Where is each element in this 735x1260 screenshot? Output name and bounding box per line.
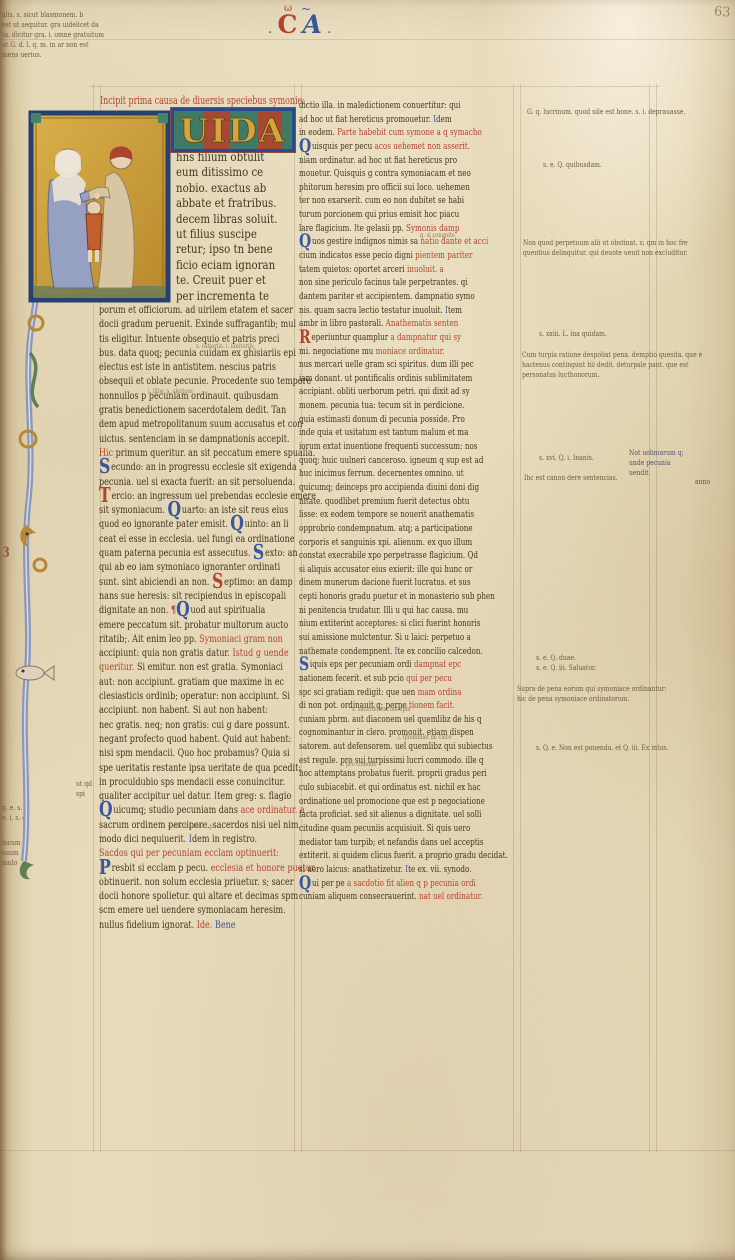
body-text: emere peccatum sit. probatur multorum au… — [99, 619, 288, 631]
marginal-gloss: s. e. Q. duae.s. e. Q. iii. Saluator. — [536, 653, 596, 673]
child-leg — [95, 250, 99, 262]
text-line: dictio illa. in maledictionem conuertitu… — [299, 100, 461, 114]
body-text: ui per pe — [312, 878, 347, 889]
gloss-line: mens uerius. — [2, 50, 104, 60]
body-text: sui amissione mulctentur. Si u laici: pe… — [299, 632, 471, 643]
text-line: nullus fidelium ignorat. Ide. Bene — [99, 919, 255, 933]
rubricated-text: qui per pecu — [406, 673, 452, 684]
marginal-gloss: s. xxiii. L. ina quidam. — [539, 329, 607, 339]
text-line: Secundo: an in progressu ecclesie sit ex… — [99, 461, 255, 475]
interlinear-gloss: e. lib. vii. indic. p. — [168, 822, 214, 830]
body-text: dictio illa. in maledictionem conuertitu… — [299, 100, 461, 111]
gloss-line: Ihc est canon dere sentencias. — [524, 473, 618, 483]
gloss-line: Not uolimarum q; — [629, 448, 684, 458]
body-text: gratis benedictionem sacerdotalem dedit.… — [99, 404, 286, 416]
gloss-line: alis. s. sicut blasmonem. b — [2, 10, 104, 20]
text-line: cium indicatos esse pecio digni pientem … — [299, 250, 461, 264]
running-title-dot: . — [327, 21, 331, 37]
body-text: qui ab eo iam symoniaco ignoranter ordin… — [99, 561, 280, 573]
text-line: mediator tam turpib; et nefandis dans ue… — [299, 837, 461, 851]
body-text: si uero laicus: anathatizetur. — [299, 864, 405, 875]
text-line: nathemate condempnent. Ite ex concilio c… — [299, 646, 461, 660]
corner-ornament — [31, 113, 41, 123]
body-text: eperiuntur quamplur — [311, 332, 390, 343]
body-text: docii gradum peruenit. Exinde suffragant… — [99, 318, 296, 330]
text-line: in proculdubio sps mendacii esse conuinc… — [99, 776, 255, 790]
body-text: quam paterna pecunia est assecutus. — [99, 547, 253, 559]
body-text: abbate et fratribus. — [176, 196, 277, 210]
text-line: sunt. sint abiciendi an non. Septimo: an… — [99, 576, 255, 590]
body-text: tatem quietos: oportet arceri — [299, 264, 407, 275]
blue-initial-text: Bene — [215, 919, 236, 931]
gloss-line: s. Q. e. Non est ponenda. et Q. iii. Ex … — [536, 743, 668, 753]
text-line: eum ditissimo ce — [176, 165, 280, 180]
gloss-line: s. e. Q. quibusdam. — [543, 160, 602, 170]
rubricated-text: Parte habebit cum symone a q symacho — [337, 127, 482, 138]
text-line: gratis benedictionem sacerdotalem dedit.… — [99, 404, 255, 418]
gloss-line: s. e. Q. duae. — [536, 653, 596, 663]
body-text: modo dici nequiuerit. — [99, 833, 189, 845]
text-line: ni penitencia trudatur. Illi u qui hac c… — [299, 605, 461, 619]
gloss-line: ut G. d. l. q. m. in ar non est — [2, 40, 104, 50]
marginal-gloss: G. q. lucrinum. quod uile est bone. s. i… — [527, 107, 685, 117]
gloss-line: anno — [695, 477, 710, 487]
body-text: non sine periculo facinus tale perpetran… — [299, 277, 468, 288]
rubricated-text: acos uehemet non asserit. — [375, 141, 470, 152]
ruling-line — [90, 86, 660, 87]
marginal-gloss: s. e. Q. quibusdam. — [543, 160, 602, 170]
body-text: scm emere uel uendere symoniacam heresim… — [99, 904, 286, 916]
body-text: nullus fidelium ignorat. — [99, 919, 197, 931]
body-text: hoc attemptans probatus fuerit. proprii … — [299, 768, 487, 779]
marginal-gloss: anno — [695, 477, 710, 487]
text-line: quam paterna pecunia est assecutus. Sext… — [99, 547, 255, 561]
rubricated-text: inuoluit. a — [407, 264, 444, 275]
body-text: ceat ei esse in ecclesia. uel fungi ea o… — [99, 533, 295, 545]
body-text: porum et officiorum. ad uirilem etatem e… — [99, 304, 293, 316]
gloss-line: Non quod perpetuum alii ut obstinat. s; … — [523, 238, 688, 248]
text-line: retur; ipso tn bene — [176, 242, 280, 257]
text-line: in eodem. Parte habebit cum symone a q s… — [299, 127, 461, 141]
rubricated-text: ace ordinatur. a — [241, 804, 305, 816]
ruling-line — [520, 84, 521, 1152]
body-text: uinto: an li — [245, 518, 289, 530]
body-text: dinem munerum dacione fuerit lucratus. e… — [299, 577, 471, 588]
gloss-line: personatus lucthonorum. — [522, 370, 702, 380]
gloss-line: ta. dicitur gra. i. omne gratuitum — [2, 30, 104, 40]
body-text: ercio: an ingressum uel prebendas eccles… — [111, 490, 316, 502]
marginal-gloss: s. xvi. Q. i. Inanis. — [539, 453, 594, 463]
child-leg — [88, 250, 92, 262]
text-line: ad hoc ut fiat hereticus promouetur. Ide… — [299, 114, 461, 128]
incipit-rubric: Incipit prima causa de diuersis speciebu… — [100, 94, 258, 107]
text-line: Qui per pe a sacdotio fit alien q p pecu… — [299, 878, 461, 892]
dragon-eye — [26, 533, 29, 536]
text-line: accipiunt: quia non gratis datur. Istud … — [99, 647, 255, 661]
text-line: cepti honoris gradu puetur et in monaste… — [299, 591, 461, 605]
text-line: decem libras soluit. — [176, 212, 280, 227]
body-text: ter non exarserit. cum eo non dubitet se… — [299, 195, 464, 206]
body-text: est regule. pro sui turpissimi lucri com… — [299, 755, 484, 766]
gold-knot — [34, 559, 46, 571]
manuscript-page: . C A . ω ~ 63 Incipit prima causa de di… — [0, 0, 735, 1260]
text-line: obtinuerit. non solum ecclesia priuetur.… — [99, 876, 255, 890]
text-line: ceat ei esse in ecclesia. uel fungi ea o… — [99, 533, 255, 547]
text-line: ordinatione uel promocione que est p neg… — [299, 796, 461, 810]
body-text: per incrementa te — [176, 289, 269, 303]
body-text: uictus. sentenciam in se dampnationis ac… — [99, 433, 290, 445]
body-text: satorem. aut defensorem. uel quemlibz qu… — [299, 741, 493, 752]
body-text: obtinuerit. non solum ecclesia priuetur.… — [99, 876, 294, 888]
text-line: nationem fecerit. et sub pcio qui per pe… — [299, 673, 461, 687]
body-text: uod aut spiritualia — [191, 604, 266, 616]
gloss-line: unde pecunia — [629, 458, 684, 468]
text-line: est regule. pro sui turpissimi lucri com… — [299, 755, 461, 769]
running-title-letter-c: C — [278, 10, 298, 39]
text-line: accipiunt. non habent. Si aut non habent… — [99, 704, 255, 718]
body-text: ficio eciam ignoran — [176, 258, 275, 272]
body-text: te gelasii pp. — [357, 223, 406, 234]
body-text: sit symoniacum. — [99, 504, 168, 516]
body-text: tem — [448, 305, 462, 316]
rubricated-text: pientem pariter — [415, 250, 472, 261]
fish-tail — [44, 666, 54, 680]
text-line: aut: non accipiunt. gratiam que maxime i… — [99, 676, 255, 690]
body-text: dem in registro. — [192, 833, 257, 845]
top-left-gloss: alis. s. sicut blasmonem. best ut sequit… — [2, 10, 104, 60]
text-line: Reperiuntur quamplur a dampnatur qui sy — [299, 332, 461, 346]
body-text: nitate. quodlibet premium fuerit detectu… — [299, 496, 469, 507]
marginal-gloss: Ihc est canon dere sentencias. — [524, 473, 618, 483]
body-text: nium extiterint acceptores: si clici fue… — [299, 618, 480, 629]
text-line: nus mercari uelle gram sci spiritus. dum… — [299, 359, 461, 373]
body-text: nus mercari uelle gram sci spiritus. dum… — [299, 359, 474, 370]
text-line: cuniam pbrm. aut diaconem uel quemlibz d… — [299, 714, 461, 728]
body-text: dem apud metropolitanum suum accusatus e… — [99, 418, 302, 430]
body-text: ambr in libro pastorali. — [299, 318, 386, 329]
body-text: nationem fecerit. et sub pcio — [299, 673, 406, 684]
text-line: dem apud metropolitanum suum accusatus e… — [99, 418, 255, 432]
body-text: negant profecto quod habent. Quid aut ha… — [99, 733, 291, 745]
body-text: clesiasticis ordinib; operatur: non acci… — [99, 690, 290, 702]
gloss-line: s. xvi. Q. i. Inanis. — [539, 453, 594, 463]
gloss-line: G. q. lucrinum. quod uile est bone. s. i… — [527, 107, 685, 117]
body-text: nis. quam sacra lectio testatur inuoluit… — [299, 305, 445, 316]
body-text: retur; ipso tn bene — [176, 242, 273, 256]
fish-eye — [22, 670, 25, 673]
text-line: Presbit si ecclam p pecu. ecclesia et ho… — [99, 862, 255, 876]
body-text: docii honore spolietur. qui altare et de… — [99, 890, 298, 902]
body-text: te ex. vii. synodo. — [408, 864, 471, 875]
text-line: spc sci gratiam redigit: que uen mam ord… — [299, 687, 461, 701]
gloss-line: Cum turpia ratione despoliat pena. dempt… — [522, 350, 702, 360]
text-line: satorem. aut defensorem. uel quemlibz qu… — [299, 741, 461, 755]
body-text: nisi spm mendacii. Quo hoc probamus? Qui… — [99, 747, 290, 759]
historiated-initial-miniature — [28, 110, 171, 303]
abbreviation-mark: ω — [284, 3, 292, 14]
body-text: spe ueritatis restante ipsa ueritate de … — [99, 762, 301, 774]
body-text: nec gratis. neq; non gratis: cui g dare … — [99, 719, 290, 731]
text-line: dantem pariter et accipientem. dampnatio… — [299, 291, 461, 305]
body-text: huc inicimus ferrum. decernentes omnino.… — [299, 468, 464, 479]
running-title: . C A . ω ~ — [268, 10, 338, 44]
text-line: nitate. quodlibet premium fuerit detectu… — [299, 496, 461, 510]
text-line: queritur. Si emitur. non est gratia. Sym… — [99, 661, 255, 675]
rubricated-text: Anathematis senten — [386, 318, 459, 329]
gloss-line: s. e. Q. iii. Saluator. — [536, 663, 596, 673]
text-line: quoq; huic uulneri canceroso. igneum q s… — [299, 455, 461, 469]
text-line: si uero laicus: anathatizetur. Ite ex. v… — [299, 864, 461, 878]
text-line: per incrementa te — [176, 289, 280, 304]
running-title-dot: . — [268, 21, 272, 37]
body-text: dem — [436, 114, 452, 125]
body-text: cium indicatos esse pecio digni — [299, 250, 415, 261]
body-text: facta proficiat. sed sit alienus a digni… — [299, 809, 481, 820]
body-text: lisse: ex eodem tempore se nouerit anath… — [299, 509, 474, 520]
text-line: accipiant. obliti uerborum petri. qui di… — [299, 386, 461, 400]
text-line: extiterit. si quidem clicus fuerit. a pr… — [299, 850, 461, 864]
body-text: pecunia. uel si exacta fuerit: an sit pe… — [99, 476, 295, 488]
text-line: spe ueritatis restante ipsa ueritate de … — [99, 762, 255, 776]
text-line: negant profecto quod habent. Quid aut ha… — [99, 733, 255, 747]
gloss-line: uendit — [629, 468, 684, 478]
rubricated-text: Sacdos qui per pecuniam ecclam optinueri… — [99, 847, 279, 859]
body-text: ad hoc ut fiat hereticus promouetur. — [299, 114, 433, 125]
child-head — [87, 201, 101, 215]
text-line: culo subiacebit. et qui ordinatus est. n… — [299, 782, 461, 796]
rubricated-text: a sacdotio fit alien q p pecunia ordi — [347, 878, 476, 889]
gloss-line: quentius delinquitur. qui deuote uenit n… — [523, 248, 688, 258]
body-text: niam ordinatur. ad hoc ut fiat hereticus… — [299, 155, 457, 166]
text-line: si aliquis accusator eius exierit: ille … — [299, 564, 461, 578]
text-line: emere peccatum sit. probatur multorum au… — [99, 619, 255, 633]
text-line: constat execrabile xpo perpetrasse flagi… — [299, 550, 461, 564]
text-line: ter non exarserit. cum eo non dubitet se… — [299, 195, 461, 209]
body-text: electus est iste in antistitem. nescius … — [99, 361, 276, 373]
text-line: te. Creuit puer et — [176, 273, 280, 288]
gloss-line: hactenus contingunt hii dedit. deturpale… — [522, 360, 702, 370]
text-line: mouetur. Quisquis g contra symoniacam et… — [299, 168, 461, 182]
rubricated-text: moniace ordinatur. — [376, 346, 445, 357]
text-line: quia estimasti donum di pecunia posside.… — [299, 414, 461, 428]
text-line: pecunia. uel si exacta fuerit: an sit pe… — [99, 476, 255, 490]
text-line: dinem munerum dacione fuerit lucratus. e… — [299, 577, 461, 591]
body-text: uicumq; studio pecuniam dans — [113, 804, 240, 816]
body-text: resbit si ecclam p pecu. — [112, 862, 211, 874]
text-line: ambr in libro pastorali. Anathematis sen… — [299, 318, 461, 332]
rubricated-text: queritur. — [99, 661, 137, 673]
body-text: cuniam aliquem consecrauerint. — [299, 891, 419, 902]
body-text: te. Creuit puer et — [176, 273, 266, 287]
body-text: quod eo ignorante pater emisit. — [99, 518, 230, 530]
body-text: quicumq; deinceps pro accipienda diuini … — [299, 482, 479, 493]
text-line: clesiasticis ordinib; operatur: non acci… — [99, 690, 255, 704]
body-text: constat execrabile xpo perpetrasse flagi… — [299, 550, 478, 561]
text-line: qui ab eo iam symoniaco ignoranter ordin… — [99, 561, 255, 575]
text-line: Siquis eps per pecuniam ordi dampnat epc — [299, 659, 461, 673]
text-line: qualiter accipitur uel datur. Item greg:… — [99, 790, 255, 804]
text-line: uictus. sentenciam in se dampnationis ac… — [99, 433, 255, 447]
text-line: porum et officiorum. ad uirilem etatem e… — [99, 304, 255, 318]
marginal-gloss: s. Q. e. Non est ponenda. et Q. iii. Ex … — [536, 743, 668, 753]
body-text: uisquis per pecu — [312, 141, 375, 152]
text-line: nobio. exactus ab — [176, 181, 280, 196]
rubricated-text: dampnat epc — [414, 659, 461, 670]
text-line: Quicumq; studio pecuniam dans ace ordina… — [99, 804, 255, 818]
body-text: extiterit. si quidem clicus fuerit. a pr… — [299, 850, 508, 861]
body-text: accipiant. obliti uerborum petri. qui di… — [299, 386, 470, 397]
body-text: iam donant. ut pontificalis ordinis subl… — [299, 373, 472, 384]
body-text: te ex concilio calcedon. — [397, 646, 482, 657]
left-column: porum et officiorum. ad uirilem etatem e… — [99, 304, 299, 933]
child-tunic — [86, 214, 102, 250]
gloss-line: hic de pena symoniace ordinatorum. — [517, 694, 667, 704]
text-line: docii honore spolietur. qui altare et de… — [99, 890, 255, 904]
joined-hands — [94, 193, 100, 199]
marginal-gloss: Non quod perpetuum alii ut obstinat. s; … — [523, 238, 688, 258]
body-text: qualiter accipitur uel datur. — [99, 790, 214, 802]
leaf-terminal — [20, 861, 34, 879]
marginal-gloss: Not uolimarum q;unde pecuniauendit — [629, 448, 684, 478]
body-text: ecundo: an in progressu ecclesie sit exi… — [111, 461, 297, 473]
body-text: tem greg: s. flagio — [217, 790, 291, 802]
interlinear-gloss: s. sacerdotem uel epm — [352, 705, 411, 713]
body-text: eptimo: an damp — [224, 576, 293, 588]
body-text: spc sci gratiam redigit: que uen — [299, 687, 418, 698]
display-letters: UIDA — [180, 111, 286, 150]
body-text: opprobrio condempnatum. atq; a participa… — [299, 523, 473, 534]
body-text: primum queritur. an sit peccatum emere s… — [113, 447, 315, 459]
interlinear-gloss: i. quemlibet de clero — [398, 733, 452, 741]
body-text: nobio. exactus ab — [176, 181, 266, 195]
text-line: phitorum heresim pro officii sui loco. u… — [299, 182, 461, 196]
text-line: hoc attemptans probatus fuerit. proprii … — [299, 768, 461, 782]
text-line: monem. pecunia tua: tecum sit in perdici… — [299, 400, 461, 414]
body-text: Si emitur. non est gratia. Symoniaci — [137, 661, 283, 673]
fish-creature-icon — [16, 666, 44, 680]
text-line: nis. quam sacra lectio testatur inuoluit… — [299, 305, 461, 319]
body-text: iorum extat inuentione frequenti success… — [299, 441, 477, 452]
rubricated-text: Istud g uende — [232, 647, 288, 659]
folio-number: 63 — [713, 4, 731, 20]
body-text: dantem pariter et accipientem. dampnatio… — [299, 291, 475, 302]
body-text: quia estimasti donum di pecunia posside.… — [299, 414, 465, 425]
body-text: accipiunt. non habent. Si aut non habent… — [99, 704, 268, 716]
text-line: ut filius suscipe — [176, 227, 280, 242]
text-line: Sacdos qui per pecuniam ecclam optinueri… — [99, 847, 255, 861]
body-text: nans sue heresis: sit recipiendus in epi… — [99, 590, 286, 602]
text-line: niam ordinatur. ad hoc ut fiat hereticus… — [299, 155, 461, 169]
text-line: Quisquis per pecu acos uehemet non asser… — [299, 141, 461, 155]
ruling-line — [0, 39, 735, 40]
text-line: Hic primum queritur. an sit peccatum eme… — [99, 447, 255, 461]
text-line: mi. negociatione mu moniace ordinatur. — [299, 346, 461, 360]
text-line: iam donant. ut pontificalis ordinis subl… — [299, 373, 461, 387]
rubricated-text: Ide. — [197, 919, 215, 931]
body-text: exto: an — [265, 547, 298, 559]
text-line: docii gradum peruenit. Exinde suffragant… — [99, 318, 255, 332]
rubricated-text: Symoniaci gram non — [199, 633, 283, 645]
text-line: quod eo ignorante pater emisit. Quinto: … — [99, 518, 255, 532]
text-line: dignitate an non. ¶Quod aut spiritualia — [99, 604, 255, 618]
ruling-line — [0, 1150, 735, 1151]
text-line: citudine quam pecuniis acquisiuit. Si qu… — [299, 823, 461, 837]
display-letters-panel: UIDA — [170, 107, 296, 153]
body-text: iquis eps per pecuniam ordi — [310, 659, 414, 670]
rubricated-text: tionem facit. — [409, 700, 455, 711]
text-line: electus est iste in antistitem. nescius … — [99, 361, 255, 375]
abbreviation-mark: ~ — [301, 2, 311, 16]
text-line: ritatib;. Ait enim leo pp. Symoniaci gra… — [99, 633, 255, 647]
body-text: mouetur. Quisquis g contra symoniacam et… — [299, 168, 471, 179]
body-text: turum porcionem qui prius emisit hoc pia… — [299, 209, 459, 220]
body-text: corporis et sanguinis xpi. alienum. ex q… — [299, 537, 472, 548]
gloss-line: Supra de pena eorum qui symoniace ordina… — [517, 684, 667, 694]
text-line: nec gratis. neq; non gratis: cui g dare … — [99, 719, 255, 733]
rubricated-text: mam ordina — [418, 687, 462, 698]
body-text: eum ditissimo ce — [176, 165, 263, 179]
body-text: phitorum heresim pro officii sui loco. u… — [299, 182, 470, 193]
interlinear-gloss: s. ostiariis. i. ianitorib; — [196, 342, 255, 350]
text-line: tatem quietos: oportet arceri inuoluit. … — [299, 264, 461, 278]
body-text: decem libras soluit. — [176, 212, 278, 226]
body-text: in proculdubio sps mendacii esse conuinc… — [99, 776, 285, 788]
rubricated-text: a dampnatur qui sy — [390, 332, 461, 343]
body-text: uos gestire indignos nimis sa — [312, 236, 420, 247]
text-line: ficio eciam ignoran — [176, 258, 280, 273]
body-text: ni penitencia trudatur. Illi u qui hac c… — [299, 605, 468, 616]
text-line: nisi spm mendacii. Quo hoc probamus? Qui… — [99, 747, 255, 761]
text-line: huc inicimus ferrum. decernentes omnino.… — [299, 468, 461, 482]
left-column-opening-lines: hns filium obtuliteum ditissimo cenobio.… — [176, 150, 298, 304]
gloss-line: s. xxiii. L. ina quidam. — [539, 329, 607, 339]
body-text: si aliquis accusator eius exierit: ille … — [299, 564, 472, 575]
text-line: non sine periculo facinus tale perpetran… — [299, 277, 461, 291]
text-line: abbate et fratribus. — [176, 196, 280, 211]
body-text: cepti honoris gradu puetur et in monaste… — [299, 591, 495, 602]
body-text: ritatib;. Ait enim leo pp. — [99, 633, 199, 645]
text-line: inde quia et usitatum est tantum malum e… — [299, 427, 461, 441]
body-text: cuniam pbrm. aut diaconem uel quemlibz d… — [299, 714, 481, 725]
text-line: opprobrio condempnatum. atq; a participa… — [299, 523, 461, 537]
text-line: nium extiterint acceptores: si clici fue… — [299, 618, 461, 632]
gloss-line: est ut sequitur. gra uidelicet da — [2, 20, 104, 30]
interlinear-gloss: s. pro comodo — [340, 760, 377, 768]
right-column: dictio illa. in maledictionem conuertitu… — [299, 100, 515, 905]
body-text: culo subiacebit. et qui ordinatus est. n… — [299, 782, 481, 793]
marginal-gloss: Supra de pena eorum qui symoniace ordina… — [517, 684, 667, 704]
body-text: dignitate an non. — [99, 604, 171, 616]
body-text: mediator tam turpib; et nefandis dans ue… — [299, 837, 484, 848]
text-line: modo dici nequiuerit. Idem in registro. — [99, 833, 255, 847]
text-line: iorum extat inuentione frequenti success… — [299, 441, 461, 455]
text-line: sui amissione mulctentur. Si u laici: pe… — [299, 632, 461, 646]
corner-ornament — [158, 113, 168, 123]
body-text: citudine quam pecuniis acquisiuit. Si qu… — [299, 823, 470, 834]
text-line: facta proficiat. sed sit alienus a digni… — [299, 809, 461, 823]
text-line: cuniam aliquem consecrauerint. nat uel o… — [299, 891, 461, 905]
father-hair-beard — [55, 150, 81, 178]
body-text: ut filius suscipe — [176, 227, 257, 241]
body-text: nathemate condempnent. — [299, 646, 395, 657]
interlinear-gloss: q. si congnite — [420, 231, 455, 239]
text-line: lisse: ex eodem tempore se nouerit anath… — [299, 509, 461, 523]
body-text: accipiunt: quia non gratis datur. — [99, 647, 232, 659]
body-text: aut: non accipiunt. gratiam que maxime i… — [99, 676, 284, 688]
text-line: turum porcionem qui prius emisit hoc pia… — [299, 209, 461, 223]
rubricated-text: nat uel ordinatur. — [419, 891, 483, 902]
body-text: monem. pecunia tua: tecum sit in perdici… — [299, 400, 464, 411]
